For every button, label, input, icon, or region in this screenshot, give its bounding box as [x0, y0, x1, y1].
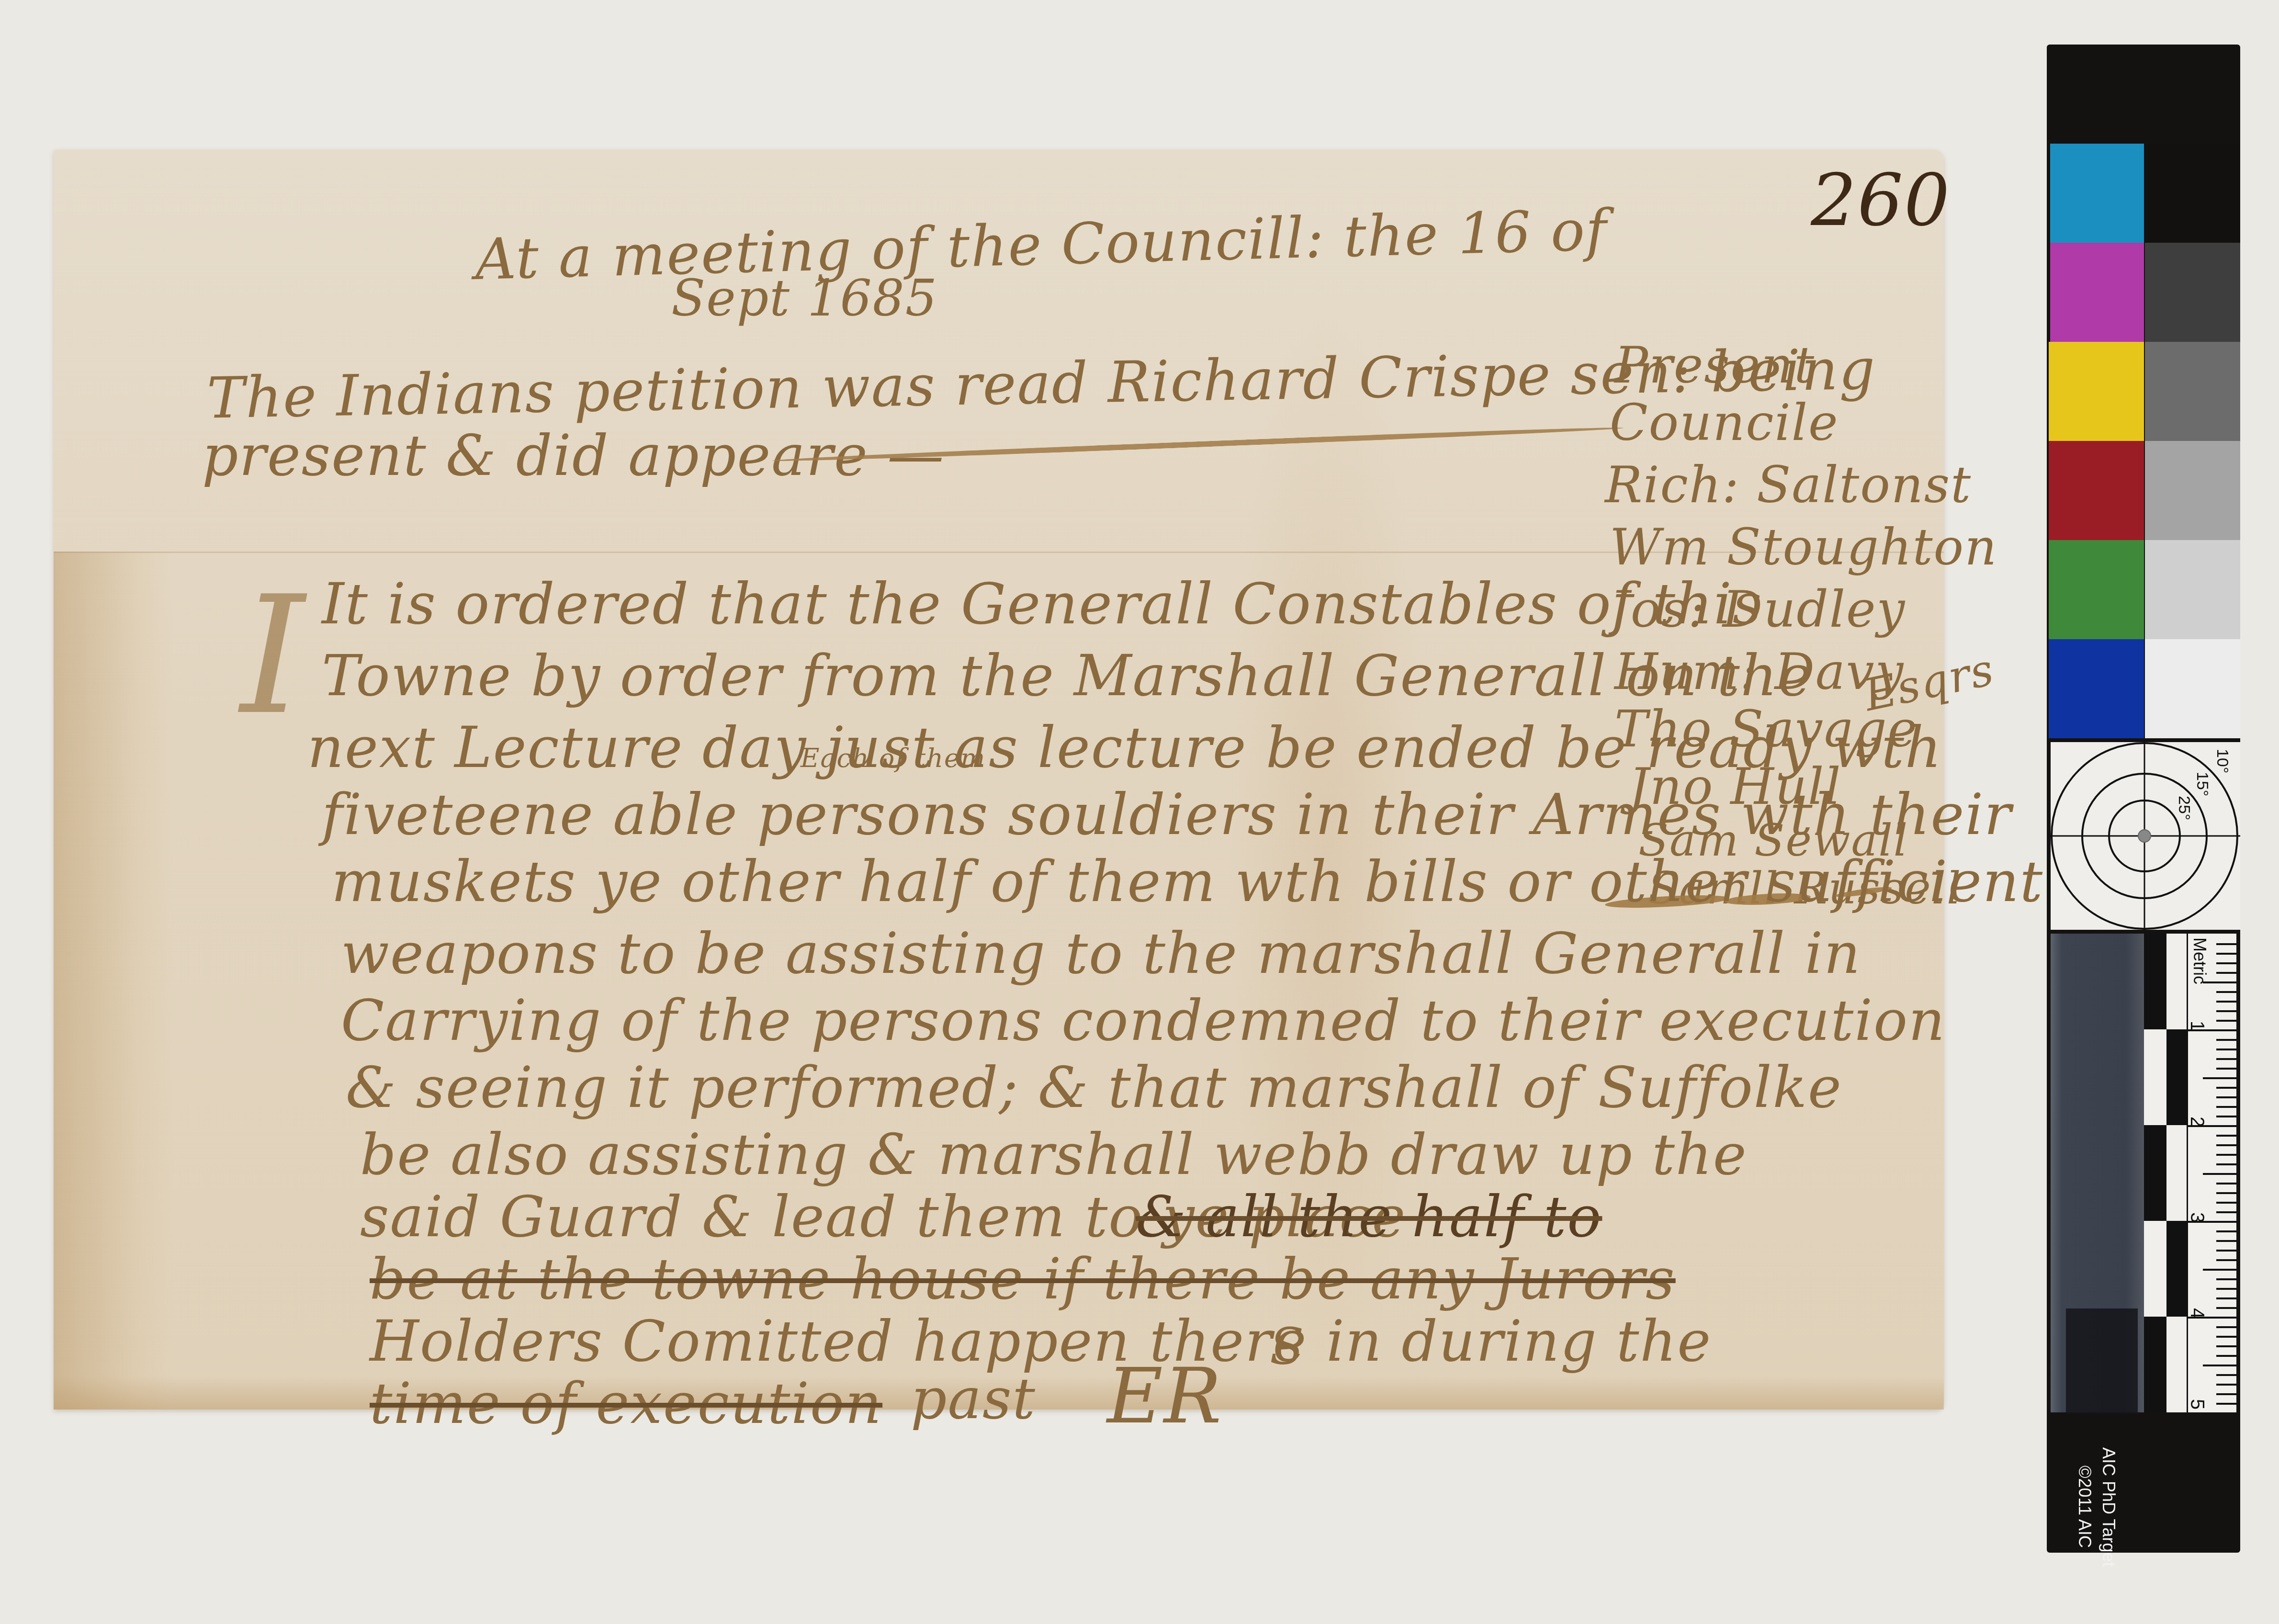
tick [2216, 1087, 2236, 1089]
tick [2216, 1135, 2236, 1137]
present-name: Rich: Saltonst [1605, 456, 1972, 514]
heading-line-1: At a meeting of the Councill: the 16 of [474, 197, 1609, 293]
tick [2216, 1393, 2236, 1395]
order-line: weapons to be assisting to the marshall … [341, 920, 1861, 986]
tick [2216, 1230, 2236, 1232]
initials-mark: ER [1107, 1351, 1222, 1441]
tick [2216, 1020, 2236, 1022]
tick [2216, 1374, 2236, 1376]
tick [2216, 1058, 2236, 1060]
tick [2216, 972, 2236, 974]
tick [2216, 1154, 2236, 1156]
interlinear-insert: Each of them [801, 743, 986, 773]
tick [2216, 1345, 2236, 1347]
tick [2216, 1183, 2236, 1184]
tick [2216, 1192, 2236, 1194]
order-line: next Lecture day just as lecture be ende… [307, 714, 1942, 780]
order-line: Holders Comitted happen there in during … [370, 1308, 1712, 1374]
tick [2216, 1096, 2236, 1098]
tick [2216, 1384, 2236, 1386]
patch-yellow [2049, 342, 2144, 441]
tick [2216, 1211, 2236, 1213]
patch-gray-3 [2145, 342, 2240, 441]
patch-white [2145, 639, 2240, 738]
order-line: Carrying of the persons condemned to the… [341, 987, 1946, 1053]
target-brand-title: AIC PhD Target [2098, 1447, 2119, 1567]
manuscript-page: At a meeting of the Councill: the 16 of … [54, 149, 1944, 1410]
tick [2216, 1288, 2236, 1290]
order-line: It is ordered that the Generall Constabl… [322, 571, 1762, 637]
tick [2216, 1106, 2236, 1108]
tick [2216, 1297, 2236, 1299]
tick [2216, 1068, 2236, 1070]
patch-magenta [2050, 243, 2144, 342]
bullseye-label: 15° [2193, 772, 2211, 796]
checker-col-b [2166, 934, 2187, 1412]
patch-gray-4 [2145, 441, 2240, 540]
patch-blue [2049, 639, 2144, 738]
tick [2203, 1365, 2236, 1366]
focus-target: 10° 15° 25° [2051, 742, 2240, 930]
tick [2216, 1355, 2236, 1357]
page-number: 260 [1811, 159, 1951, 242]
bullseye-icon [2051, 742, 2240, 930]
tick [2187, 1029, 2236, 1031]
tick [2216, 953, 2236, 955]
initial-letter-flourish: I [240, 561, 305, 751]
checker-col-a [2144, 934, 2166, 1412]
tick [2216, 962, 2236, 964]
tick [2203, 981, 2236, 983]
ruler-label: Metric [2189, 937, 2210, 984]
heading-line-2-date: Sept 1685 [671, 269, 938, 327]
gray-strip-shadow [2066, 1308, 2138, 1414]
order-line: & seeing it performed; & that marshall o… [346, 1054, 1842, 1120]
patch-gray-2 [2145, 243, 2240, 342]
tick [2216, 1039, 2236, 1041]
present-subtitle: Councile [1610, 394, 1839, 452]
ruler-number: 5 [2186, 1399, 2208, 1410]
fold-stain [54, 552, 173, 1410]
tick [2216, 1202, 2236, 1204]
present-name: Wm Stoughton [1610, 518, 1997, 576]
tick [2216, 1116, 2236, 1117]
tick [2216, 1326, 2236, 1328]
tick [2216, 943, 2236, 945]
tick [2216, 1144, 2236, 1146]
tick [2216, 1278, 2236, 1280]
tick [2187, 1317, 2236, 1319]
order-line: muskets ye other half of them wth bills … [331, 848, 2043, 914]
bullseye-label: 25° [2175, 796, 2193, 820]
tick [2216, 1403, 2236, 1405]
tick [2216, 1250, 2236, 1252]
patch-green [2049, 540, 2144, 639]
tick [2203, 1077, 2236, 1079]
tick [2216, 991, 2236, 993]
tick [2203, 1173, 2236, 1175]
tick [2216, 1307, 2236, 1309]
tick [2216, 1010, 2236, 1012]
bullseye-label: 10° [2213, 749, 2232, 773]
ruler-baseline [2187, 934, 2188, 1412]
passed-mark: past [911, 1365, 1036, 1432]
patch-gray-5 [2145, 540, 2240, 639]
checker-cell [2144, 1029, 2166, 1125]
color-calibration-target: 10° 15° 25° Metric 1 2 3 4 5 [2047, 45, 2240, 1553]
target-copyright: ©2011 AIC [2075, 1466, 2095, 1548]
tick [2216, 1163, 2236, 1165]
tick [2187, 1221, 2236, 1223]
tick [2216, 1001, 2236, 1003]
checker-cell [2144, 1221, 2166, 1317]
checker-cell [2166, 1221, 2187, 1317]
metric-ruler: Metric 1 2 3 4 5 [2187, 934, 2236, 1412]
secretary-mark: S [1270, 1318, 1305, 1376]
struck-line: time of execution [370, 1370, 882, 1436]
tick [2187, 1125, 2236, 1127]
order-line: fiveteene able persons souldiers in thei… [322, 781, 2012, 847]
patch-cyan [2050, 144, 2144, 243]
patch-red [2049, 441, 2144, 540]
tick [2216, 1336, 2236, 1338]
struck-text: & all the half to [1136, 1184, 1602, 1250]
checker-cell [2166, 1029, 2187, 1125]
order-line: be also assisting & marshall webb draw u… [360, 1121, 1748, 1187]
patch-gray-1 [2145, 144, 2240, 243]
tick [2203, 1269, 2236, 1271]
struck-line: be at the towne house if there be any Ju… [370, 1246, 1676, 1312]
tick [2216, 1240, 2236, 1242]
petition-line-2: present & did appeare — [202, 422, 945, 488]
tick [2216, 1049, 2236, 1050]
order-line: Towne by order from the Marshall General… [322, 643, 1813, 709]
present-title: Present [1614, 336, 1815, 395]
tick [2216, 1259, 2236, 1261]
